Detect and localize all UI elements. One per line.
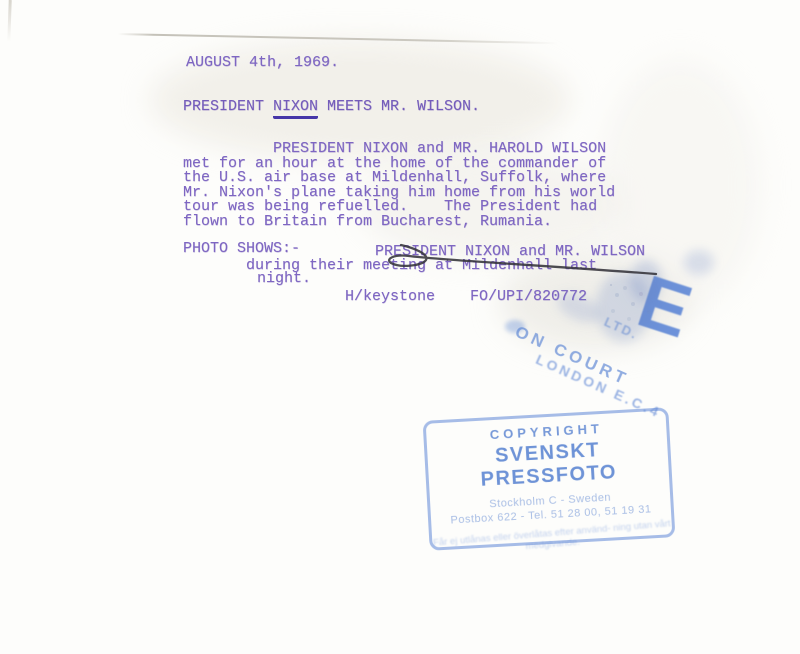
stamp-ink-smudge <box>505 320 525 333</box>
paper-edge-mark <box>7 0 11 42</box>
headline-pre: PRESIDENT <box>183 98 273 115</box>
stamp-ink-speckles <box>610 284 612 286</box>
headline-underlined-name: NIXON <box>273 98 318 119</box>
copyright-stamp: COPYRIGHT SVENSKT PRESSFOTO Stockholm C … <box>423 407 676 551</box>
stamp-ink-smudge <box>630 260 662 302</box>
copyright-stamp-agency: SVENSKT PRESSFOTO <box>427 435 669 494</box>
caption-body-paragraph: PRESIDENT NIXON and MR. HAROLD WILSON me… <box>183 142 615 230</box>
headline: PRESIDENT NIXON MEETS MR. WILSON. <box>183 100 480 115</box>
photo-caption-sheet: AUGUST 4th, 1969. PRESIDENT NIXON MEETS … <box>0 0 800 654</box>
stamp-ink-smudge <box>684 250 714 275</box>
headline-post: MEETS MR. WILSON. <box>318 98 480 115</box>
agency-credit: H/keystone <box>345 290 435 305</box>
photo-shows-label: PHOTO SHOWS:- <box>183 242 300 257</box>
photo-shows-line-3: night. <box>257 272 311 287</box>
date-line: AUGUST 4th, 1969. <box>186 56 339 71</box>
